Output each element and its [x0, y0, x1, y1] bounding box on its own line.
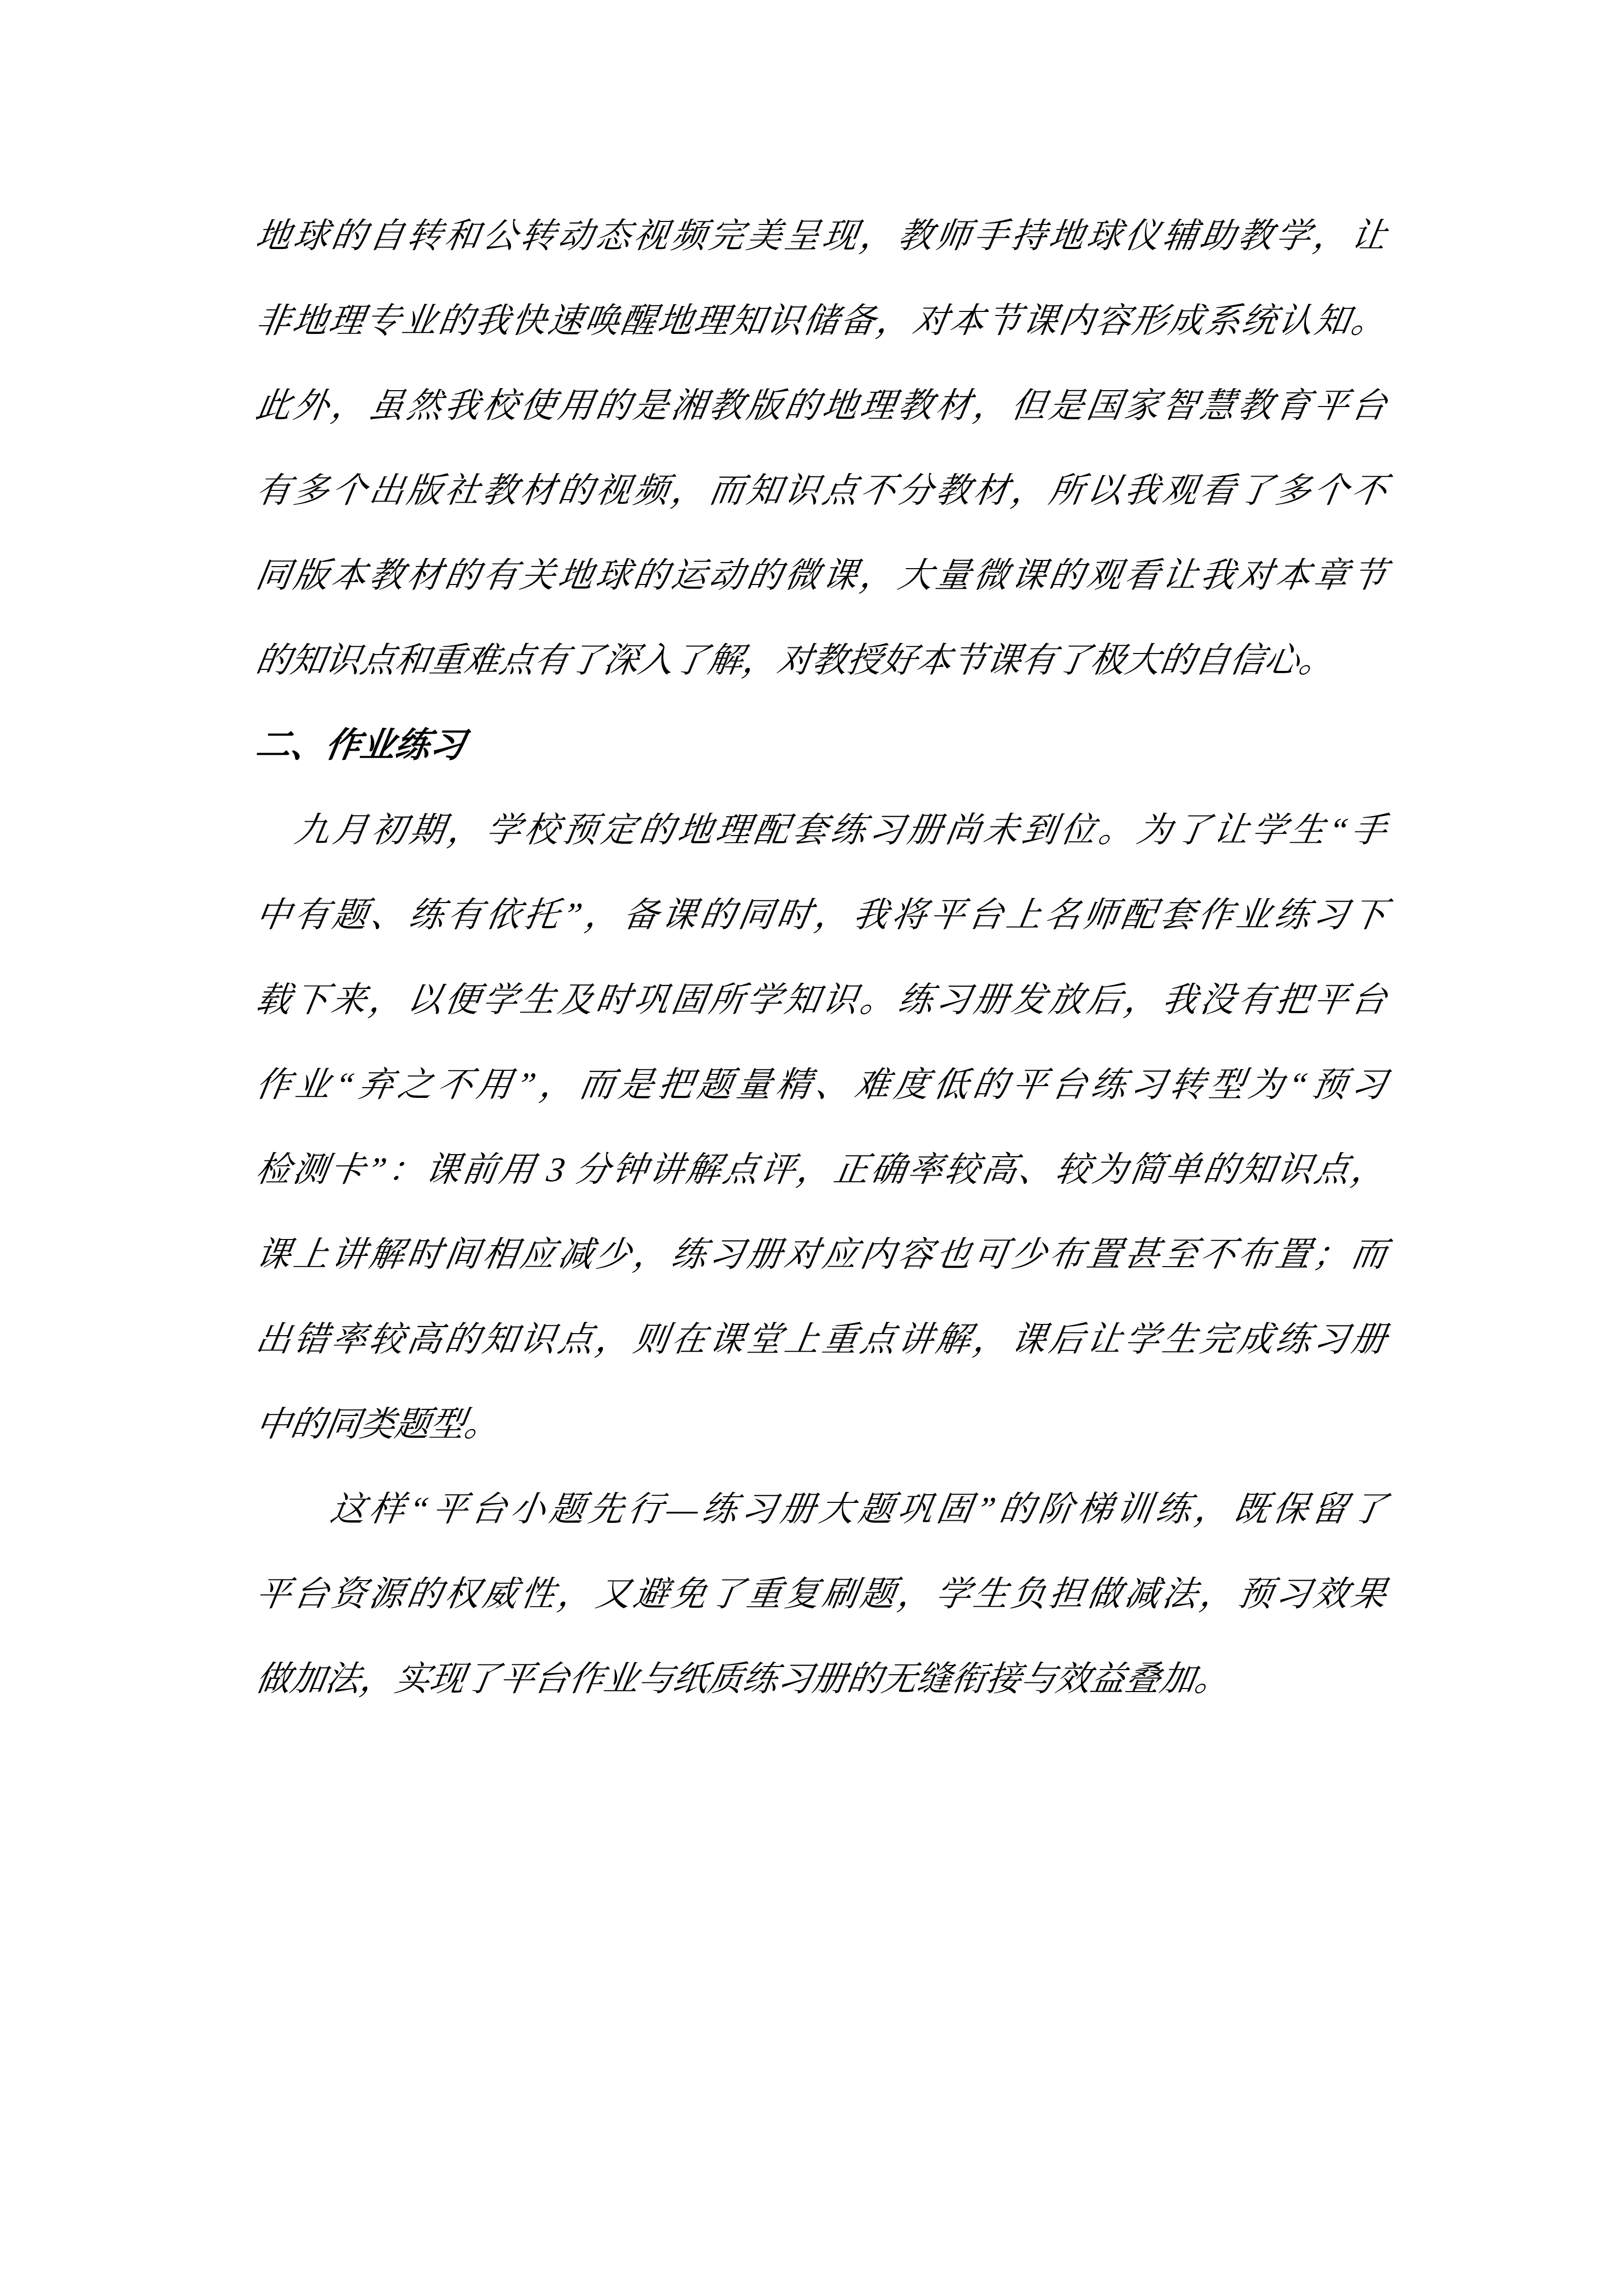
text-line: 地球的自转和公转动态视频完美呈现，教师手持地球仪辅助教学，让 — [250, 193, 1393, 278]
text-line: 有多个出版社教材的视频，而知识点不分教材，所以我观看了多个不 — [250, 448, 1393, 533]
document-page: 地球的自转和公转动态视频完美呈现，教师手持地球仪辅助教学，让 非地理专业的我快速… — [0, 0, 1623, 2296]
text-line: 的知识点和重难点有了深入了解，对教授好本节课有了极大的自信心。 — [250, 618, 1393, 703]
text-line: 中有题、练有依托”，备课的同时，我将平台上名师配套作业练习下 — [250, 872, 1393, 957]
text-line: 九月初期，学校预定的地理配套练习册尚未到位。为了让学生“手 — [250, 787, 1393, 872]
text-line: 检测卡”：课前用 3 分钟讲解点评，正确率较高、较为简单的知识点， — [250, 1127, 1393, 1212]
text-line: 做加法，实现了平台作业与纸质练习册的无缝衔接与效益叠加。 — [250, 1636, 1393, 1721]
text-line: 出错率较高的知识点，则在课堂上重点讲解，课后让学生完成练习册 — [250, 1297, 1393, 1382]
text-line: 中的同类题型。 — [250, 1382, 1393, 1467]
text-line: 平台资源的权威性，又避免了重复刷题，学生负担做减法，预习效果 — [250, 1551, 1393, 1636]
section-heading: 二、作业练习 — [250, 703, 1393, 787]
text-line: 非地理专业的我快速唤醒地理知识储备，对本节课内容形成系统认知。 — [250, 278, 1393, 363]
text-line: 课上讲解时间相应减少，练习册对应内容也可少布置甚至不布置；而 — [250, 1212, 1393, 1297]
text-line: 同版本教材的有关地球的运动的微课，大量微课的观看让我对本章节 — [250, 533, 1393, 618]
text-line: 此外，虽然我校使用的是湘教版的地理教材，但是国家智慧教育平台 — [250, 363, 1393, 448]
text-line: 载下来，以便学生及时巩固所学知识。练习册发放后，我没有把平台 — [250, 957, 1393, 1042]
text-block: 地球的自转和公转动态视频完美呈现，教师手持地球仪辅助教学，让 非地理专业的我快速… — [250, 193, 1380, 1721]
text-line: 这样“平台小题先行—练习册大题巩固”的阶梯训练，既保留了 — [250, 1467, 1393, 1551]
text-line: 作业“弃之不用”，而是把题量精、难度低的平台练习转型为“预习 — [250, 1042, 1393, 1127]
